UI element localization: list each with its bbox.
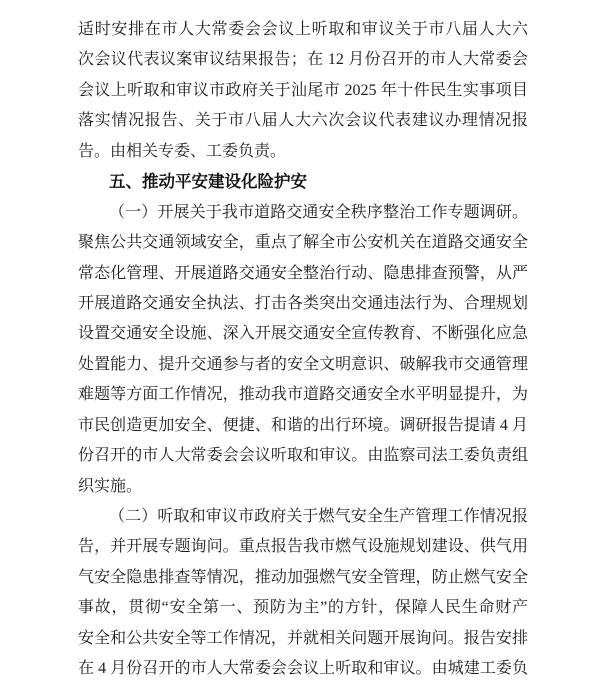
text-line: 处置能力、提升交通参与者的安全文明意识、破解我市交通管理 bbox=[78, 350, 528, 380]
text-line: 在 4 月份召开的市人大常委会会议上听取和审议。由城建工委负 bbox=[78, 654, 528, 684]
text-line: 设置交通安全设施、深入开展交通安全宣传教育、不断强化应急 bbox=[78, 319, 528, 349]
text-line: 市民创造更加安全、便捷、和谐的出行环境。调研报告提请 4 月 bbox=[78, 411, 528, 441]
text-line: 告，并开展专题询问。重点报告我市燃气设施规划建设、供气用 bbox=[78, 532, 528, 562]
document-page: 适时安排在市人大常委会会议上听取和审议关于市八届人大六次会议代表议案审议结果报告… bbox=[0, 0, 600, 699]
text-line: 气安全隐患排查等情况，推动加强燃气安全管理，防止燃气安全 bbox=[78, 563, 528, 593]
section-heading: 五、推动平安建设化险护安 bbox=[78, 167, 528, 197]
text-line: （一）开展关于我市道路交通安全秩序整治工作专题调研。 bbox=[78, 198, 528, 228]
text-line: 开展道路交通安全执法、打击各类突出交通违法行为、合理规划 bbox=[78, 289, 528, 319]
text-line: 适时安排在市人大常委会会议上听取和审议关于市八届人大六 bbox=[78, 15, 528, 45]
text-line: 常态化管理、开展道路交通安全整治行动、隐患排查预警，从严 bbox=[78, 259, 528, 289]
text-line: 难题等方面工作情况，推动我市道路交通安全水平明显提升，为 bbox=[78, 380, 528, 410]
text-line: 事故，贯彻“安全第一、预防为主”的方针，保障人民生命财产 bbox=[78, 593, 528, 623]
text-line: 聚焦公共交通领域安全，重点了解全市公安机关在道路交通安全 bbox=[78, 228, 528, 258]
document-text-block: 适时安排在市人大常委会会议上听取和审议关于市八届人大六次会议代表议案审议结果报告… bbox=[78, 15, 528, 685]
text-line: 会议上听取和审议市政府关于汕尾市 2025 年十件民生实事项目 bbox=[78, 76, 528, 106]
text-line: 份召开的市人大常委会会议听取和审议。由监察司法工委负责组 bbox=[78, 441, 528, 471]
text-line: 落实情况报告、关于市八届人大六次会议代表建议办理情况报 bbox=[78, 106, 528, 136]
text-line: （二）听取和审议市政府关于燃气安全生产管理工作情况报 bbox=[78, 502, 528, 532]
text-line: 安全和公共安全等工作情况，并就相关问题开展询问。报告安排 bbox=[78, 624, 528, 654]
text-line: 告。由相关专委、工委负责。 bbox=[78, 137, 528, 167]
text-line: 次会议代表议案审议结果报告；在 12 月份召开的市人大常委会 bbox=[78, 45, 528, 75]
text-line: 织实施。 bbox=[78, 472, 528, 502]
